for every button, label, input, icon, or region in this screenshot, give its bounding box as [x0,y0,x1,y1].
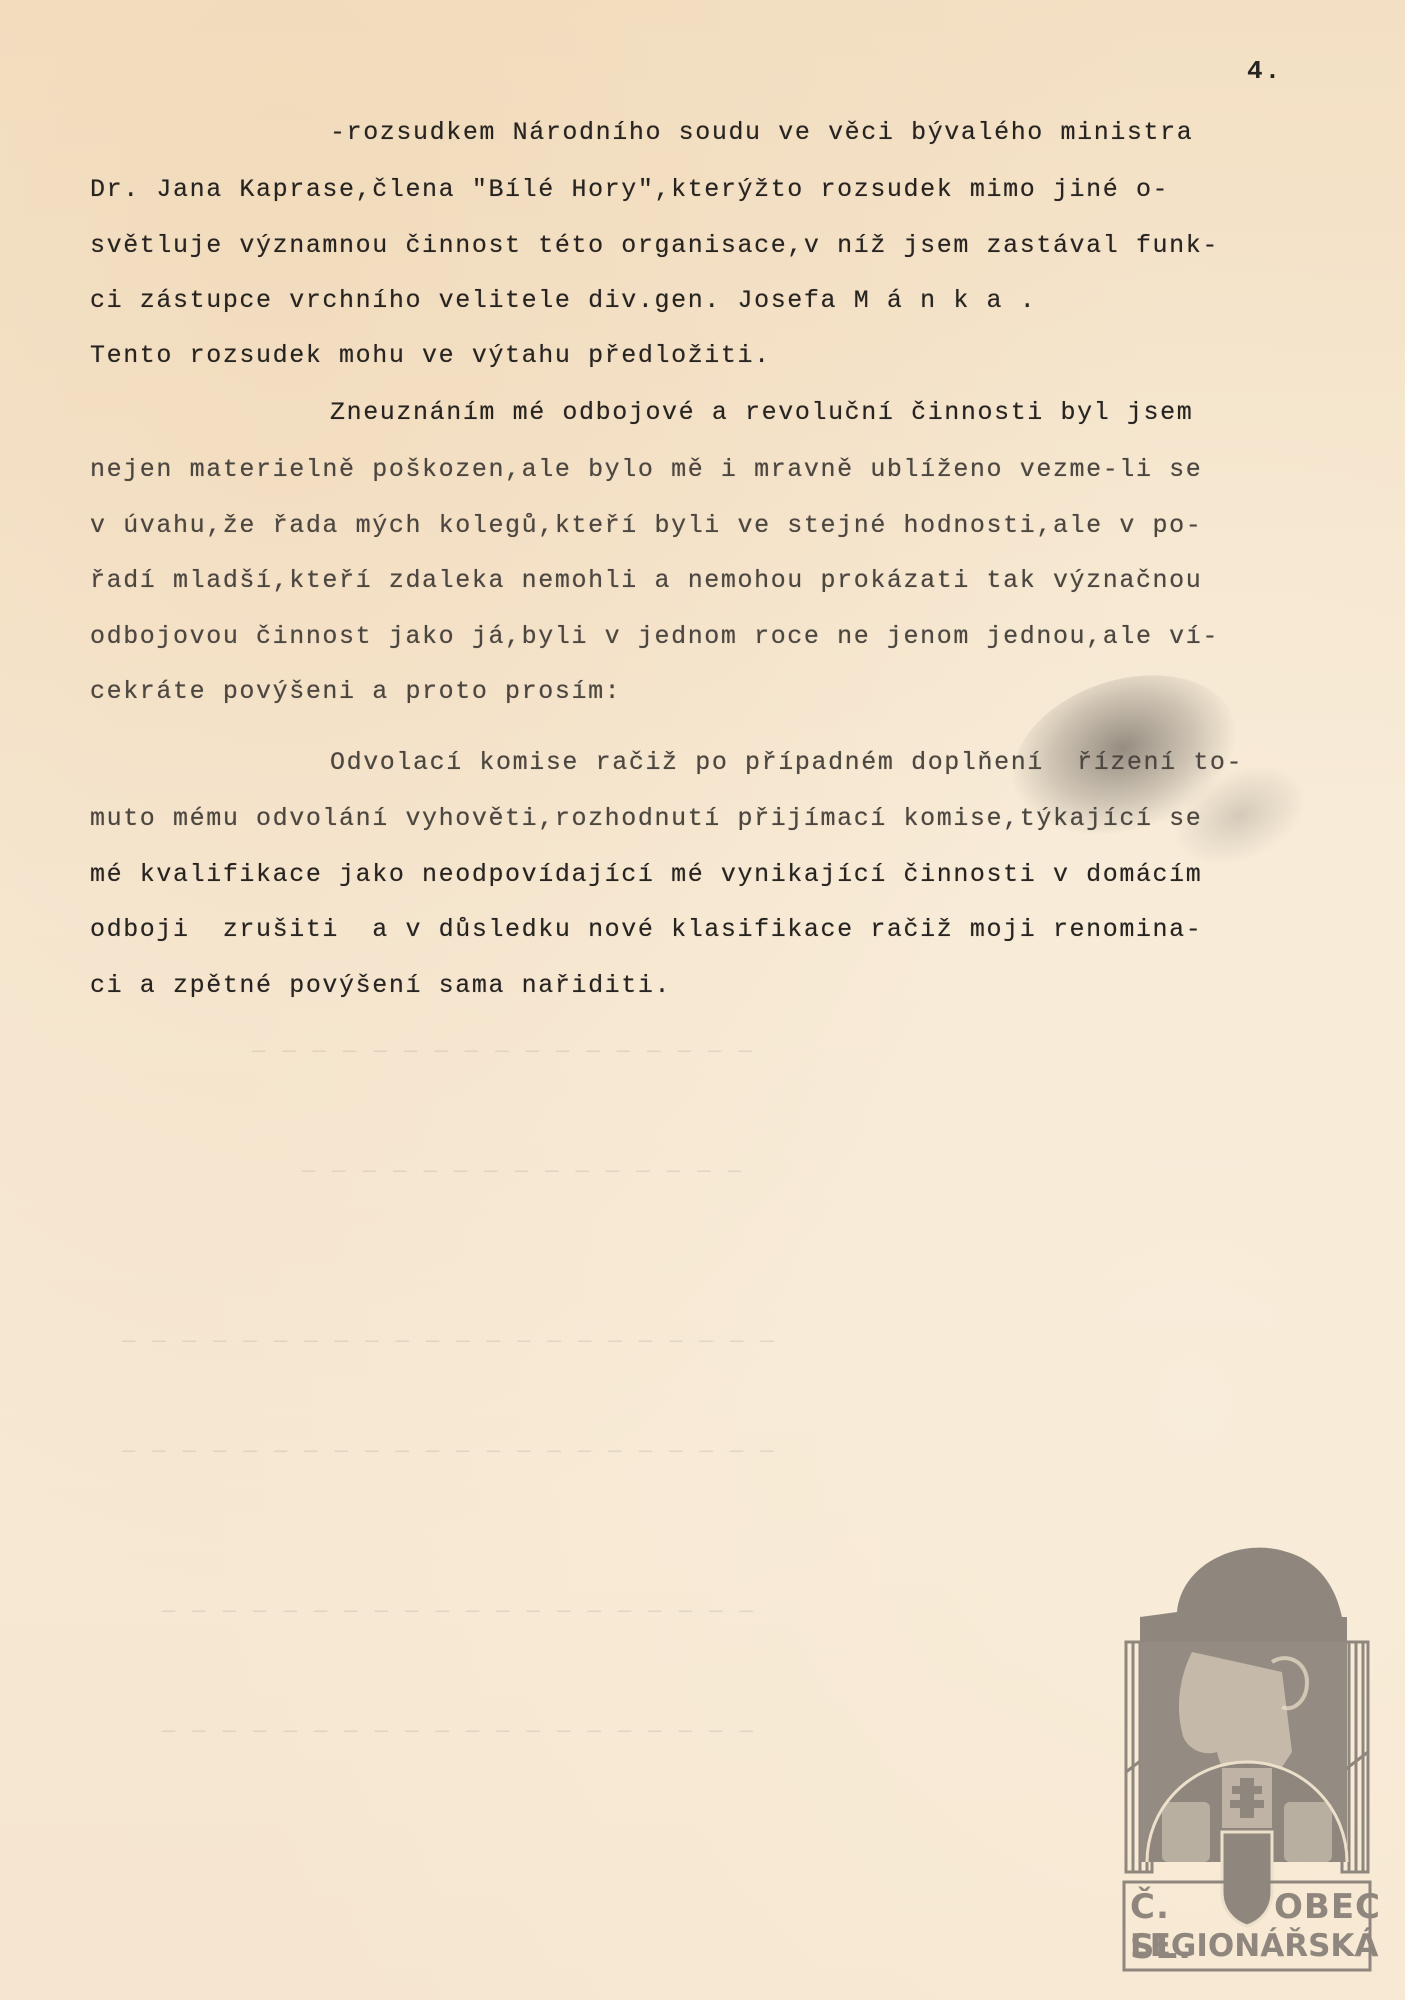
text-line: v úvahu,že řada mých kolegů,kteří byli v… [90,511,1202,541]
text-line: odboji zrušiti a v důsledku nové klasifi… [90,915,1202,945]
text-line: nejen materielně poškozen,ale bylo mě i … [90,455,1202,485]
text-line: světluje významnou činnost této organisa… [90,231,1219,261]
document-page: 4. -rozsudkem Národního soudu ve věci bý… [0,0,1405,2000]
bleed-through-text: ─ ─ ─ ─ ─ ─ ─ ─ ─ ─ ─ ─ ─ ─ ─ ─ ─ ─ ─ ─ … [120,1330,774,1355]
logo-text-legionarska: LEGIONÁŘSKÁ [1130,1928,1370,1964]
bleed-through-text: ─ ─ ─ ─ ─ ─ ─ ─ ─ ─ ─ ─ ─ ─ ─ [300,1160,741,1185]
text-line: -rozsudkem Národního soudu ve věci býval… [330,118,1193,148]
text-line: Dr. Jana Kaprase,člena "Bílé Hory",který… [90,175,1169,205]
text-line: ci zástupce vrchního velitele div.gen. J… [90,286,1036,316]
text-line: Tento rozsudek mohu ve výtahu předložiti… [90,341,771,371]
text-line: muto mému odvolání vyhověti,rozhodnutí p… [90,804,1202,834]
text-line: odbojovou činnost jako já,byli v jednom … [90,622,1219,652]
logo-text-obec: OBEC [1274,1887,1369,1927]
bleed-through-text: ─ ─ ─ ─ ─ ─ ─ ─ ─ ─ ─ ─ ─ ─ ─ ─ ─ ─ ─ ─ [160,1600,753,1625]
legion-society-watermark-logo: Č. SL. OBEC LEGIONÁŘSKÁ [1122,1532,1372,1972]
text-line: mé kvalifikace jako neodpovídající mé vy… [90,860,1202,890]
bleed-through-text: ─ ─ ─ ─ ─ ─ ─ ─ ─ ─ ─ ─ ─ ─ ─ ─ ─ ─ ─ ─ [160,1720,753,1745]
page-number: 4. [1247,56,1282,86]
text-line: cekráte povýšeni a proto prosím: [90,677,621,707]
text-line: řadí mladší,kteří zdaleka nemohli a nemo… [90,566,1202,596]
bleed-through-text: ─ ─ ─ ─ ─ ─ ─ ─ ─ ─ ─ ─ ─ ─ ─ ─ ─ ─ ─ ─ … [120,1440,774,1465]
text-line: Zneuznáním mé odbojové a revoluční činno… [330,398,1193,428]
bleed-through-text: ─ ─ ─ ─ ─ ─ ─ ─ ─ ─ ─ ─ ─ ─ ─ ─ ─ [250,1040,752,1065]
text-line: ci a zpětné povýšení sama nařiditi. [90,971,671,1001]
text-line: Odvolací komise račiž po případném doplň… [330,748,1243,778]
